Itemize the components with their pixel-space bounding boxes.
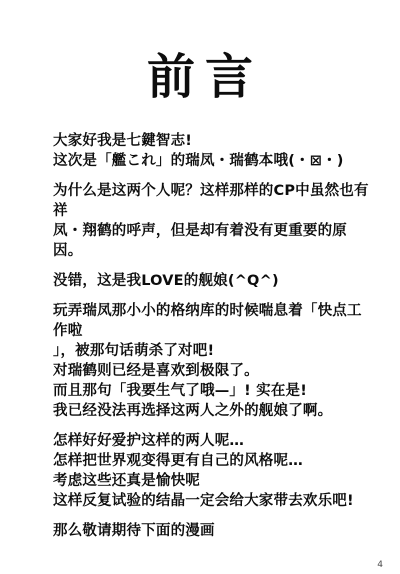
page-title: 前言 xyxy=(0,52,400,102)
page-number: 4 xyxy=(377,560,383,570)
preface-paragraph-greeting: 大家好我是七鍵智志! 这次是「艦これ」的瑞凤・瑞鹤本哦(・⊠・) xyxy=(53,131,374,171)
preface-page: 前言 大家好我是七鍵智志! 这次是「艦これ」的瑞凤・瑞鹤本哦(・⊠・) 为什么是… xyxy=(0,0,400,574)
preface-paragraph-love: 没错，这是我LOVE的舰娘(^Q^) xyxy=(53,271,374,291)
preface-paragraph-characters: 玩弄瑞凤那小小的格纳库的时候喘息着「快点工作啦 」，被那句话萌杀了对吧! 对瑞鹤… xyxy=(53,301,374,421)
preface-body: 大家好我是七鍵智志! 这次是「艦これ」的瑞凤・瑞鹤本哦(・⊠・) 为什么是这两个… xyxy=(53,131,374,541)
preface-paragraph-closing: 那么敬请期待下面的漫画 xyxy=(53,521,374,541)
preface-paragraph-why-these-two: 为什么是这两个人呢？这样那样的CP中虽然也有祥 凤・翔鹤的呼声，但是却有着没有更… xyxy=(53,181,374,261)
preface-paragraph-thoughts: 怎样好好爱护这样的两人呢… 怎样把世界观变得更有自己的风格呢… 考虑这些还真是愉… xyxy=(53,431,374,511)
